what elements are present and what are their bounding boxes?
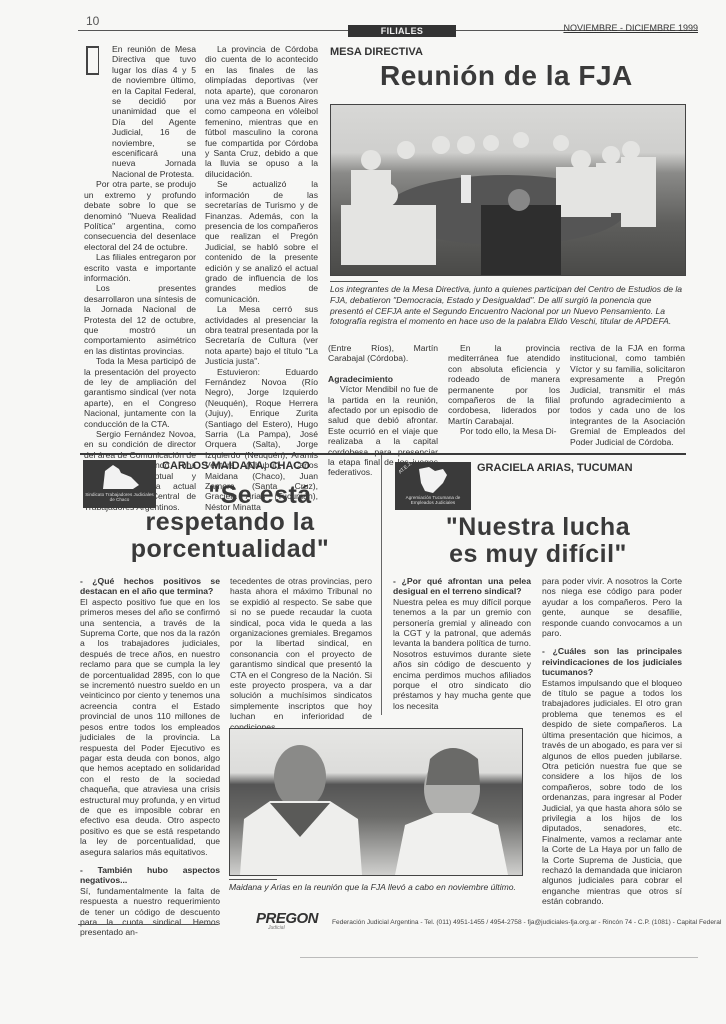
question: - ¿Qué hechos positivos se destacan en e… [80,576,220,597]
pregon-logo-sub: Judicial [268,925,285,931]
paragraph: Las filiales entregaron por escrito vast… [84,252,196,283]
tucuman-map-icon [413,465,453,495]
footer-contact: Federación Judicial Argentina - Tel. (01… [332,919,721,926]
footer-rule [78,924,218,925]
bottom-rule [300,957,698,958]
headline-line: respetando la [80,509,380,536]
right-interview-column-1: - ¿Por qué afrontan una pelea desigual e… [393,576,531,711]
paragraph: rectiva de la FJA en forma institucional… [570,343,685,447]
question: - ¿Por qué afrontan una pelea desigual e… [393,576,531,597]
issue-date: NOVIEMBRE - DICIEMBRE 1999 [563,23,698,33]
spacer [328,364,438,374]
meeting-photo-illustration [331,105,685,275]
question: - También hubo aspectos negativos... [80,865,220,886]
paragraph: La provincia de Córdoba dio cuenta de lo… [205,44,318,179]
headline-line: es muy difícil" [388,541,688,568]
logo-caption: Agremiación Tucumana de Empleados Judici… [395,495,471,505]
article-kicker: MESA DIRECTIVA [330,46,423,58]
interview-headline: "Se está respetando la porcentualidad" [80,482,380,563]
interview-byline: GRACIELA ARIAS, TUCUMAN [477,462,633,474]
paragraph: En la provincia mediterránea fue atendid… [448,343,560,426]
interview-byline: CARLOS MAIDANA, CHACO [162,460,310,472]
spacer [80,857,220,865]
paragraph: (Entre Ríos), Martín Carabajal (Córdoba)… [328,343,438,364]
paragraph: Se actualizó la información de las secre… [205,179,318,304]
column-divider [381,455,382,715]
paragraph: En reunión de Mesa Directiva que tuvo lu… [84,44,196,179]
answer: El aspecto positivo fue que en los prime… [80,597,220,857]
caption-rule [229,879,277,880]
main-article-column-2: La provincia de Córdoba dio cuenta de lo… [205,44,318,512]
meeting-photo-caption: Los integrantes de la Mesa Directiva, ju… [330,284,686,327]
interview-photo-illustration [230,729,522,875]
subhead: Agradecimiento [328,374,438,384]
main-article-column-3: (Entre Ríos), Martín Carabajal (Córdoba)… [328,343,438,478]
spacer [542,638,682,646]
right-interview-column-2: para poder vivir. A nosotros la Corte no… [542,576,682,907]
answer: Estamos impulsando que el bloqueo de tít… [542,678,682,907]
meeting-photo [330,104,686,276]
section-divider [80,453,686,455]
main-article-column-4: En la provincia mediterránea fue atendid… [448,343,560,437]
pregon-logo: PREGON [256,910,318,927]
question: - ¿Cuáles son las principales reivindica… [542,646,682,677]
logo-badge: AT.E.J. [398,462,413,476]
paragraph: Por todo ello, la Mesa Di- [448,426,560,436]
interview-photo [229,728,523,876]
page-number: 10 [86,14,99,28]
headline-line: "Nuestra lucha [388,514,688,541]
answer: para poder vivir. A nosotros la Corte no… [542,576,682,638]
caption-rule [330,281,378,282]
answer: Sí, fundamentalmente la falta de respues… [80,886,220,938]
answer: Nuestra pelea es muy difícil porque tene… [393,597,531,711]
answer: tecedentes de otras provincias, pero has… [230,576,372,732]
headline-line: porcentualidad" [80,536,380,563]
article-headline: Reunión de la FJA [380,60,633,92]
paragraph: Los presentes desarrollaron una síntesis… [84,283,196,356]
paragraph: Toda la Mesa participó de la presentació… [84,356,196,429]
main-article-column-1: En reunión de Mesa Directiva que tuvo lu… [84,44,196,512]
headline-line: "Se está [80,482,380,509]
tucuman-union-logo: AT.E.J. Agremiación Tucumana de Empleado… [395,462,471,510]
interview-photo-caption: Maidana y Arias en la reunión que la FJA… [229,882,529,893]
section-tag: FILIALES [348,25,456,37]
paragraph: Por otra parte, se produjo un extremo y … [84,179,196,252]
left-interview-column-2: tecedentes de otras provincias, pero has… [230,576,372,732]
paragraph: La Mesa cerró sus actividades al presenc… [205,304,318,366]
left-interview-column-1: - ¿Qué hechos positivos se destacan en e… [80,576,220,938]
main-article-column-5: rectiva de la FJA en forma institucional… [570,343,685,447]
interview-headline: "Nuestra lucha es muy difícil" [388,514,688,568]
